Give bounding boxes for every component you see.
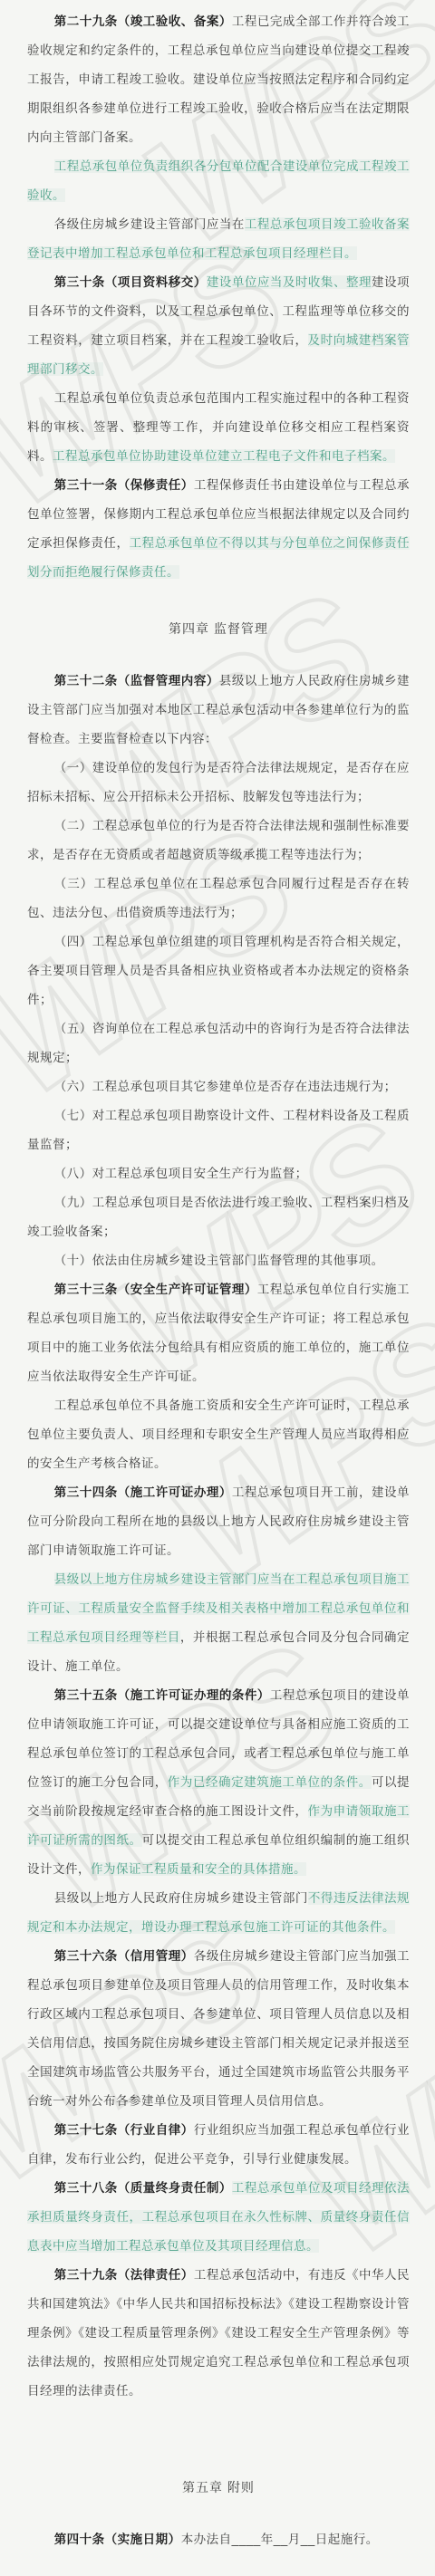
- paragraph: 第三十八条（质量终身责任制）工程总承包单位及项目经理依法承担质量终身责任，工程总…: [27, 2174, 410, 2261]
- body-text: 本办法自____年__月__日起施行。: [181, 2533, 379, 2546]
- chapter-heading: 第四章 监督管理: [27, 614, 410, 643]
- paragraph: 第三十一条（保修责任）工程保修责任书由建设单位与工程总承包单位签署，保修期内工程…: [27, 471, 410, 587]
- paragraph: （九）工程总承包项目是否依法进行竣工验收、工程档案归档及竣工验收备案；: [27, 1188, 410, 1246]
- body-text: （四）工程总承包单位组建的项目管理机构是否符合相关规定，各主要项目管理人员是否具…: [27, 935, 410, 1006]
- body-text: 县级以上地方人民政府住房城乡建设主管部门: [54, 1891, 308, 1905]
- paragraph: （四）工程总承包单位组建的项目管理机构是否符合相关规定，各主要项目管理人员是否具…: [27, 928, 410, 1014]
- paragraph: 各级住房城乡建设主管部门应当在工程总承包项目竣工验收备案登记表中增加工程总承包单…: [27, 210, 410, 268]
- body-text: （七）对工程总承包项目勘察设计文件、工程材料设备及工程质量监督；: [27, 1109, 410, 1151]
- body-text: （十）依法由住房城乡建设主管部门监督管理的其他事项。: [54, 1254, 384, 1267]
- document-body: 第二十九条（竣工验收、备案）工程已完成全部工作并符合竣工验收规定和约定条件的，工…: [27, 7, 410, 2554]
- body-text: 第四章 监督管理: [169, 621, 268, 636]
- body-text: （九）工程总承包项目是否依法进行竣工验收、工程档案归档及竣工验收备案；: [27, 1196, 410, 1238]
- paragraph: 第三十七条（行业自律）行业组织应当加强工程总承包单位行业自律，发布行业公约，促进…: [27, 2116, 410, 2174]
- paragraph: （六）工程总承包项目其它参建单位是否存在违法违规行为；: [27, 1072, 410, 1101]
- body-text: 各级住房城乡建设主管部门应当在: [54, 217, 245, 231]
- body-text: 工程总承包单位不具备施工资质和安全生产许可证时，工程总承包单位主要负责人、项目经…: [27, 1399, 410, 1470]
- body-text: （三）工程总承包单位在工程总承包合同履行过程是否存在转包、违法分包、出借资质等违…: [27, 877, 410, 919]
- article-title: 第三十条（项目资料移交）: [54, 275, 207, 289]
- paragraph: 第二十九条（竣工验收、备案）工程已完成全部工作并符合竣工验收规定和约定条件的，工…: [27, 7, 410, 152]
- article-title: 第三十一条（保修责任）: [54, 478, 194, 492]
- paragraph: 工程总承包单位负责总承包范围内工程实施过程中的各种工程资料的审核、签署、整理等工…: [27, 384, 410, 471]
- paragraph: 第三十二条（监督管理内容）县级以上地方人民政府住房城乡建设主管部门应当加强对本地…: [27, 667, 410, 754]
- paragraph: 第三十条（项目资料移交）建设单位应当及时收集、整理建设项目各环节的文件资料，以及…: [27, 268, 410, 384]
- paragraph: （二）工程总承包单位的行为是否符合法律法规和强制性标准要求，是否存在无资质或者超…: [27, 812, 410, 870]
- paragraph: 第三十四条（施工许可证办理）工程总承包项目开工前，建设单位可分阶段向工程所在地的…: [27, 1478, 410, 1565]
- body-text: 工程总承包单位自行实施工程总承包项目施工的，应当依法取得安全生产许可证；将工程总…: [27, 1283, 410, 1383]
- paragraph: （三）工程总承包单位在工程总承包合同履行过程是否存在转包、违法分包、出借资质等违…: [27, 870, 410, 928]
- paragraph: 第三十三条（安全生产许可证管理）工程总承包单位自行实施工程总承包项目施工的，应当…: [27, 1275, 410, 1391]
- body-text: 工程已完成全部工作并符合竣工验收规定和约定条件的，工程总承包单位应当向建设单位提…: [27, 14, 410, 144]
- paragraph: （七）对工程总承包项目勘察设计文件、工程材料设备及工程质量监督；: [27, 1101, 410, 1159]
- article-title: 第三十二条（监督管理内容）: [54, 674, 219, 687]
- paragraph: 县级以上地方人民政府住房城乡建设主管部门不得违反法律法规规定和本办法规定，增设办…: [27, 1884, 410, 1942]
- paragraph: （十）依法由住房城乡建设主管部门监督管理的其他事项。: [27, 1246, 410, 1275]
- paragraph: 工程总承包单位不具备施工资质和安全生产许可证时，工程总承包单位主要负责人、项目经…: [27, 1391, 410, 1478]
- body-text: 第五章 附则: [182, 2480, 255, 2494]
- chapter-heading: 第五章 附则: [27, 2473, 410, 2502]
- body-text: （八）对工程总承包项目安全生产行为监督；: [54, 1167, 308, 1180]
- highlighted-text: 建设单位应当及时收集、整理: [207, 275, 372, 289]
- body-text: （五）咨询单位在工程总承包活动中的咨询行为是否符合法律法规规定；: [27, 1022, 410, 1064]
- body-text: 工程总承包项目的建设单位申请领取施工许可证，可以提交建设单位与具备相应施工资质的…: [27, 1688, 410, 1789]
- paragraph: 工程总承包单位负责组织各分包单位配合建设单位完成工程竣工验收。: [27, 152, 410, 210]
- paragraph: 第三十九条（法律责任）工程总承包活动中，有违反《中华人民共和国建筑法》《中华人民…: [27, 2261, 410, 2406]
- body-text: 工程总承包活动中，有违反《中华人民共和国建筑法》《中华人民共和国招标投标法》《建…: [27, 2268, 410, 2398]
- paragraph: 县级以上地方住房城乡建设主管部门应当在工程总承包项目施工许可证、工程质量安全监督…: [27, 1565, 410, 1681]
- article-title: 第三十六条（信用管理）: [54, 1949, 194, 1963]
- body-text: （一）建设单位的发包行为是否符合法律法规规定，是否存在应招标未招标、应公开招标未…: [27, 761, 410, 803]
- highlighted-text: 作为已经确定建筑施工单位的条件。: [168, 1775, 372, 1789]
- article-title: 第三十五条（施工许可证办理的条件）: [54, 1688, 270, 1702]
- article-title: 第四十条（实施日期）: [54, 2533, 181, 2546]
- paragraph: 第三十五条（施工许可证办理的条件）工程总承包项目的建设单位申请领取施工许可证，可…: [27, 1681, 410, 1884]
- paragraph: （一）建设单位的发包行为是否符合法律法规规定，是否存在应招标未招标、应公开招标未…: [27, 754, 410, 812]
- document-page: WPSWPSWPSWPSWPSWPSWPSWPSWPS 第二十九条（竣工验收、备…: [0, 0, 435, 2576]
- article-title: 第三十四条（施工许可证办理）: [54, 1485, 232, 1499]
- body-text: 各级住房城乡建设主管部门应当加强工程总承包项目参建单位及项目管理人员的信用管理工…: [27, 1949, 410, 2108]
- body-text: （六）工程总承包项目其它参建单位是否存在违法违规行为；: [54, 1080, 397, 1093]
- highlighted-text: 工程总承包单位协助建设单位建立工程电子文件和电子档案。: [53, 449, 395, 463]
- highlighted-text: 作为保证工程质量和安全的具体措施。: [91, 1862, 306, 1876]
- paragraph: （五）咨询单位在工程总承包活动中的咨询行为是否符合法律法规规定；: [27, 1014, 410, 1072]
- paragraph: 第三十六条（信用管理）各级住房城乡建设主管部门应当加强工程总承包项目参建单位及项…: [27, 1942, 410, 2116]
- highlighted-text: 工程总承包单位负责组织各分包单位配合建设单位完成工程竣工验收。: [27, 159, 410, 202]
- body-text: （二）工程总承包单位的行为是否符合法律法规和强制性标准要求，是否存在无资质或者超…: [27, 819, 410, 861]
- article-title: 第三十八条（质量终身责任制）: [54, 2181, 232, 2195]
- paragraph: 第四十条（实施日期）本办法自____年__月__日起施行。: [27, 2525, 410, 2554]
- article-title: 第三十九条（法律责任）: [54, 2268, 194, 2282]
- article-title: 第三十七条（行业自律）: [54, 2123, 194, 2137]
- paragraph: （八）对工程总承包项目安全生产行为监督；: [27, 1159, 410, 1188]
- article-title: 第三十三条（安全生产许可证管理）: [54, 1283, 257, 1296]
- article-title: 第二十九条（竣工验收、备案）: [54, 14, 232, 28]
